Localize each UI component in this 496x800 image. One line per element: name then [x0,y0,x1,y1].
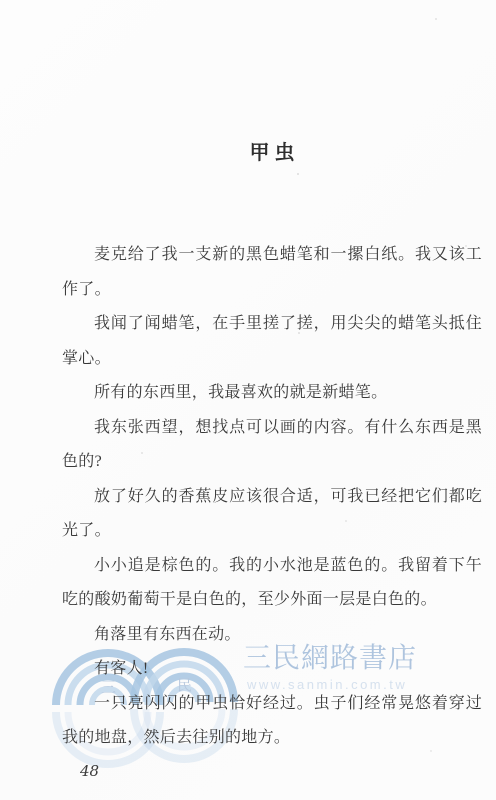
book-page: 三 民 三民網路書店 www.sanmin.com.tw 甲虫 麦克给了我一支新… [0,0,496,800]
text-line: 光了。 [62,514,482,549]
text-line: 有客人! [62,652,482,687]
page-number: 48 [80,762,99,780]
text-line: 色的? [62,445,482,480]
text-line: 吃的酸奶葡萄干是白色的，至少外面一层是白色的。 [62,583,482,618]
text-line: 我闻了闻蜡笔，在手里搓了搓，用尖尖的蜡笔头抵住 [62,307,482,342]
body-text: 麦克给了我一支新的黑色蜡笔和一摞白纸。我又该工作了。我闻了闻蜡笔，在手里搓了搓，… [62,238,482,756]
text-line: 麦克给了我一支新的黑色蜡笔和一摞白纸。我又该工 [62,238,482,273]
text-line: 我东张西望，想找点可以画的内容。有什么东西是黑 [62,411,482,446]
text-line: 放了好久的香蕉皮应该很合适，可我已经把它们都吃 [62,480,482,515]
text-line: 作了。 [62,273,482,308]
chapter-title: 甲虫 [62,141,482,165]
text-line: 小小追是棕色的。我的小水池是蓝色的。我留着下午 [62,549,482,584]
text-line: 一只亮闪闪的甲虫恰好经过。虫子们经常晃悠着穿过 [62,687,482,722]
text-line: 角落里有东西在动。 [62,618,482,653]
text-line: 掌心。 [62,342,482,377]
text-line: 我的地盘，然后去往别的地方。 [62,721,482,756]
text-line: 所有的东西里，我最喜欢的就是新蜡笔。 [62,376,482,411]
